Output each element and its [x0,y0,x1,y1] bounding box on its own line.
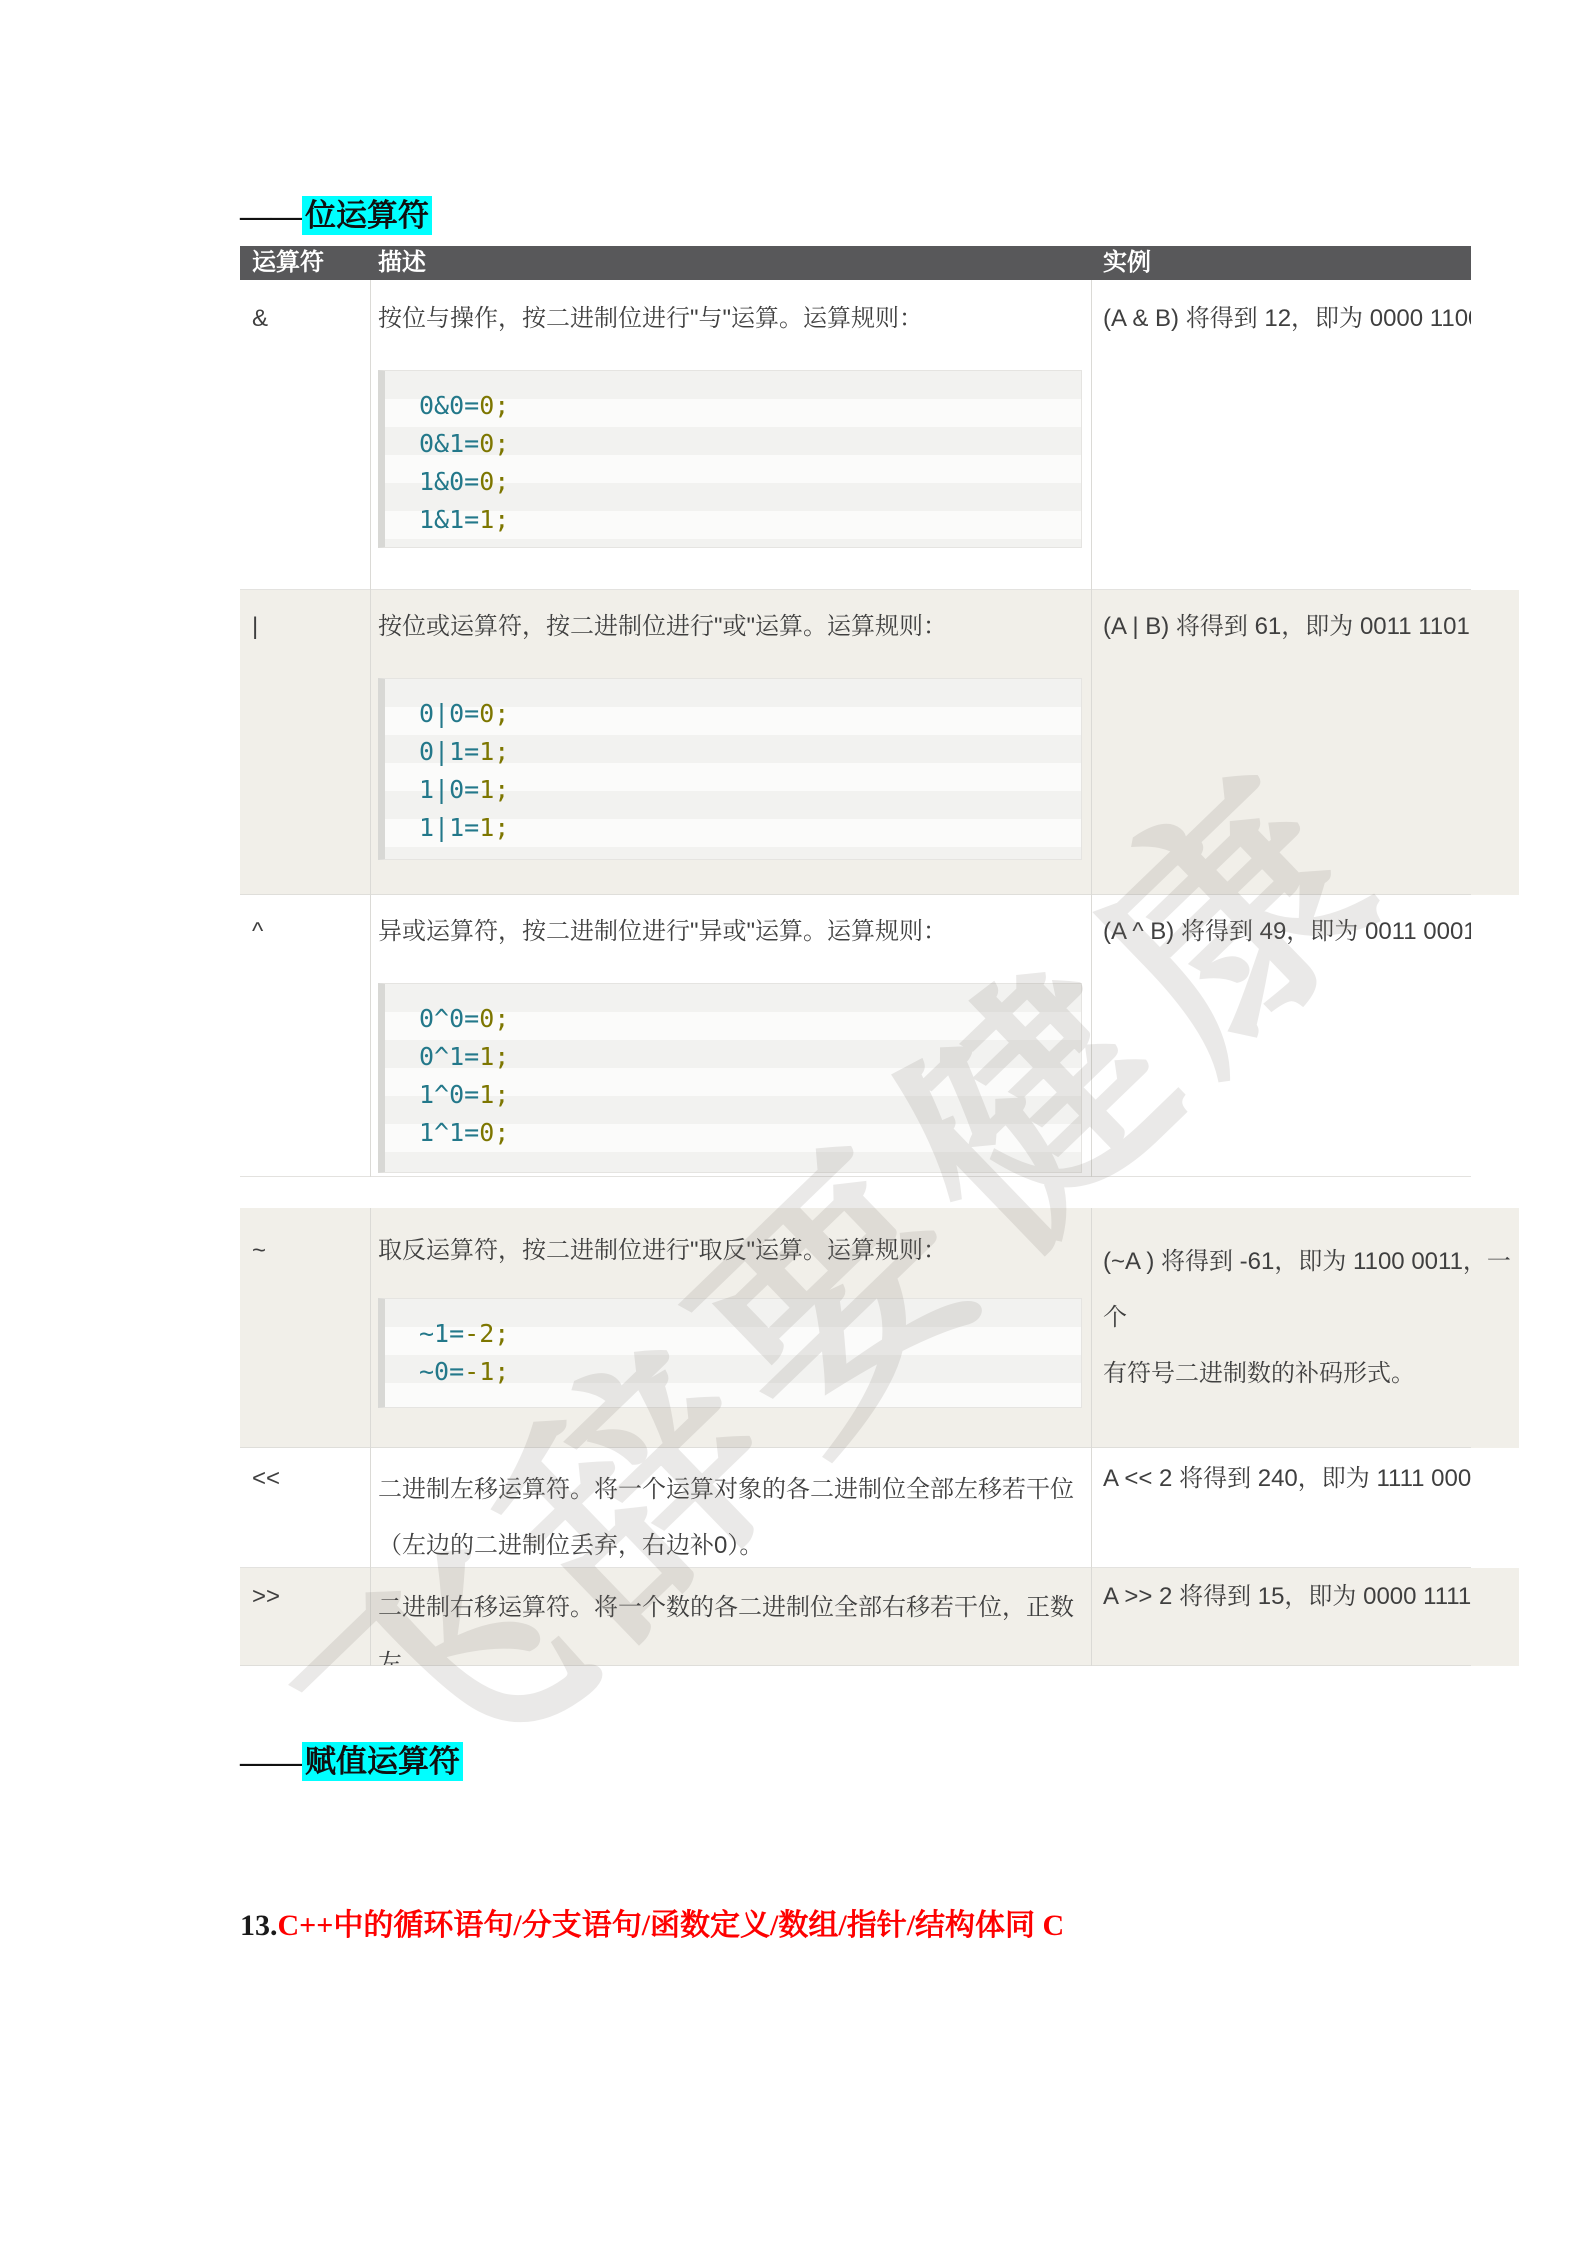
description-cell: 按位或运算符，按二进制位进行"或"运算。运算规则： [378,590,1078,644]
column-divider [370,1208,371,1666]
column-divider [1091,280,1092,1177]
code-token: 1^0= [419,1080,479,1109]
column-header-operator: 运算符 [252,246,324,280]
code-token: -1; [464,1357,509,1386]
table-row-left-shift: << 二进制左移运算符。将一个运算对象的各二进制位全部左移若干位 （左边的二进制… [240,1448,1471,1568]
code-line: ~1=-2; [419,1315,1081,1353]
code-block-or: 0|0=0; 0|1=1; 1|0=1; 1|1=1; [378,678,1082,860]
code-token: -2; [464,1319,509,1348]
code-token: 0; [479,391,509,420]
operator-cell: ^ [252,895,362,949]
description-cell: 取反运算符，按二进制位进行"取反"运算。运算规则： [378,1208,1078,1268]
code-line: 0&1=0; [419,425,1081,463]
code-line: 1^1=0; [419,1114,1081,1152]
code-token: 1&0= [419,467,479,496]
column-divider [1091,1208,1092,1666]
description-cell: 二进制右移运算符。将一个数的各二进制位全部右移若干位，正数左 补0，负数左补1，… [378,1568,1078,1666]
operator-cell: << [252,1448,362,1496]
table-header-row: 运算符 描述 实例 [240,246,1471,280]
heading-highlight-bitwise: 位运算符 [302,196,432,235]
code-line: 0^1=1; [419,1038,1081,1076]
code-token: 1|0= [419,775,479,804]
code-token: 0; [479,699,509,728]
footnote-number: 13. [240,1909,278,1942]
description-cell: 二进制左移运算符。将一个运算对象的各二进制位全部左移若干位 （左边的二进制位丢弃… [378,1448,1078,1568]
operator-cell: | [252,590,362,644]
code-line: 1^0=1; [419,1076,1081,1114]
code-line: 0|1=1; [419,733,1081,771]
code-token: 1; [479,813,509,842]
code-line: 1&0=0; [419,463,1081,501]
code-token: 0|1= [419,737,479,766]
operator-cell: & [252,280,362,336]
code-token: 1; [479,505,509,534]
example-cell: (A ^ B) 将得到 49，即为 0011 0001 [1103,895,1471,949]
code-token: 0|0= [419,699,479,728]
code-line: 0&0=0; [419,387,1081,425]
example-cell: A >> 2 将得到 15，即为 0000 1111 [1103,1568,1519,1614]
code-token: 1&1= [419,505,479,534]
example-cell: (~A ) 将得到 -61，即为 1100 0011，一个 有符号二进制数的补码… [1103,1208,1519,1402]
code-token: ~0= [419,1357,464,1386]
code-token: 1; [479,737,509,766]
code-token: 0&0= [419,391,479,420]
code-token: 1^1= [419,1118,479,1147]
description-cell: 异或运算符，按二进制位进行"异或"运算。运算规则： [378,895,1078,949]
operator-cell: >> [252,1568,362,1614]
code-line: 0|0=0; [419,695,1081,733]
column-header-description: 描述 [378,246,426,280]
section-heading-bitwise: ——位运算符 [240,190,432,235]
code-block-not: ~1=-2; ~0=-1; [378,1298,1082,1408]
operator-cell: ~ [252,1208,362,1268]
section-heading-assignment: ——赋值运算符 [240,1736,463,1781]
code-token: 1; [479,775,509,804]
code-line: 1|0=1; [419,771,1081,809]
heading-dash: —— [240,1744,302,1779]
document-page: ——位运算符 运算符 描述 实例 & 按位与操作，按二进制位进行"与"运算。运算… [0,0,1587,2245]
description-cell: 按位与操作，按二进制位进行"与"运算。运算规则： [378,280,1078,336]
code-token: 0^0= [419,1004,479,1033]
example-cell: (A | B) 将得到 61，即为 0011 1101 [1103,590,1519,644]
footnote-line: 13.C++中的循环语句/分支语句/函数定义/数组/指针/结构体同 C [240,1900,1064,1944]
code-token: ~1= [419,1319,464,1348]
column-divider [370,280,371,1177]
code-line: ~0=-1; [419,1353,1081,1391]
column-header-example: 实例 [1103,246,1151,280]
example-cell: A << 2 将得到 240，即为 1111 0000 [1103,1448,1471,1496]
code-token: 0; [479,1118,509,1147]
code-token: 1|1= [419,813,479,842]
row-border [240,1665,1471,1666]
example-cell: (A & B) 将得到 12，即为 0000 1100 [1103,280,1471,336]
code-token: 0^1= [419,1042,479,1071]
code-token: 0; [479,429,509,458]
code-token: 1; [479,1080,509,1109]
table-row-right-shift: >> 二进制右移运算符。将一个数的各二进制位全部右移若干位，正数左 补0，负数左… [240,1568,1519,1666]
code-line: 0^0=0; [419,1000,1081,1038]
code-block-xor: 0^0=0; 0^1=1; 1^0=1; 1^1=0; [378,983,1082,1173]
heading-highlight-assignment: 赋值运算符 [302,1742,463,1781]
code-token: 0; [479,1004,509,1033]
heading-dash: —— [240,198,302,233]
code-token: 0&1= [419,429,479,458]
footnote-text: C++中的循环语句/分支语句/函数定义/数组/指针/结构体同 C [278,1909,1065,1942]
code-block-and: 0&0=0; 0&1=0; 1&0=0; 1&1=1; [378,370,1082,548]
code-token: 0; [479,467,509,496]
code-token: 1; [479,1042,509,1071]
code-line: 1&1=1; [419,501,1081,539]
code-line: 1|1=1; [419,809,1081,847]
